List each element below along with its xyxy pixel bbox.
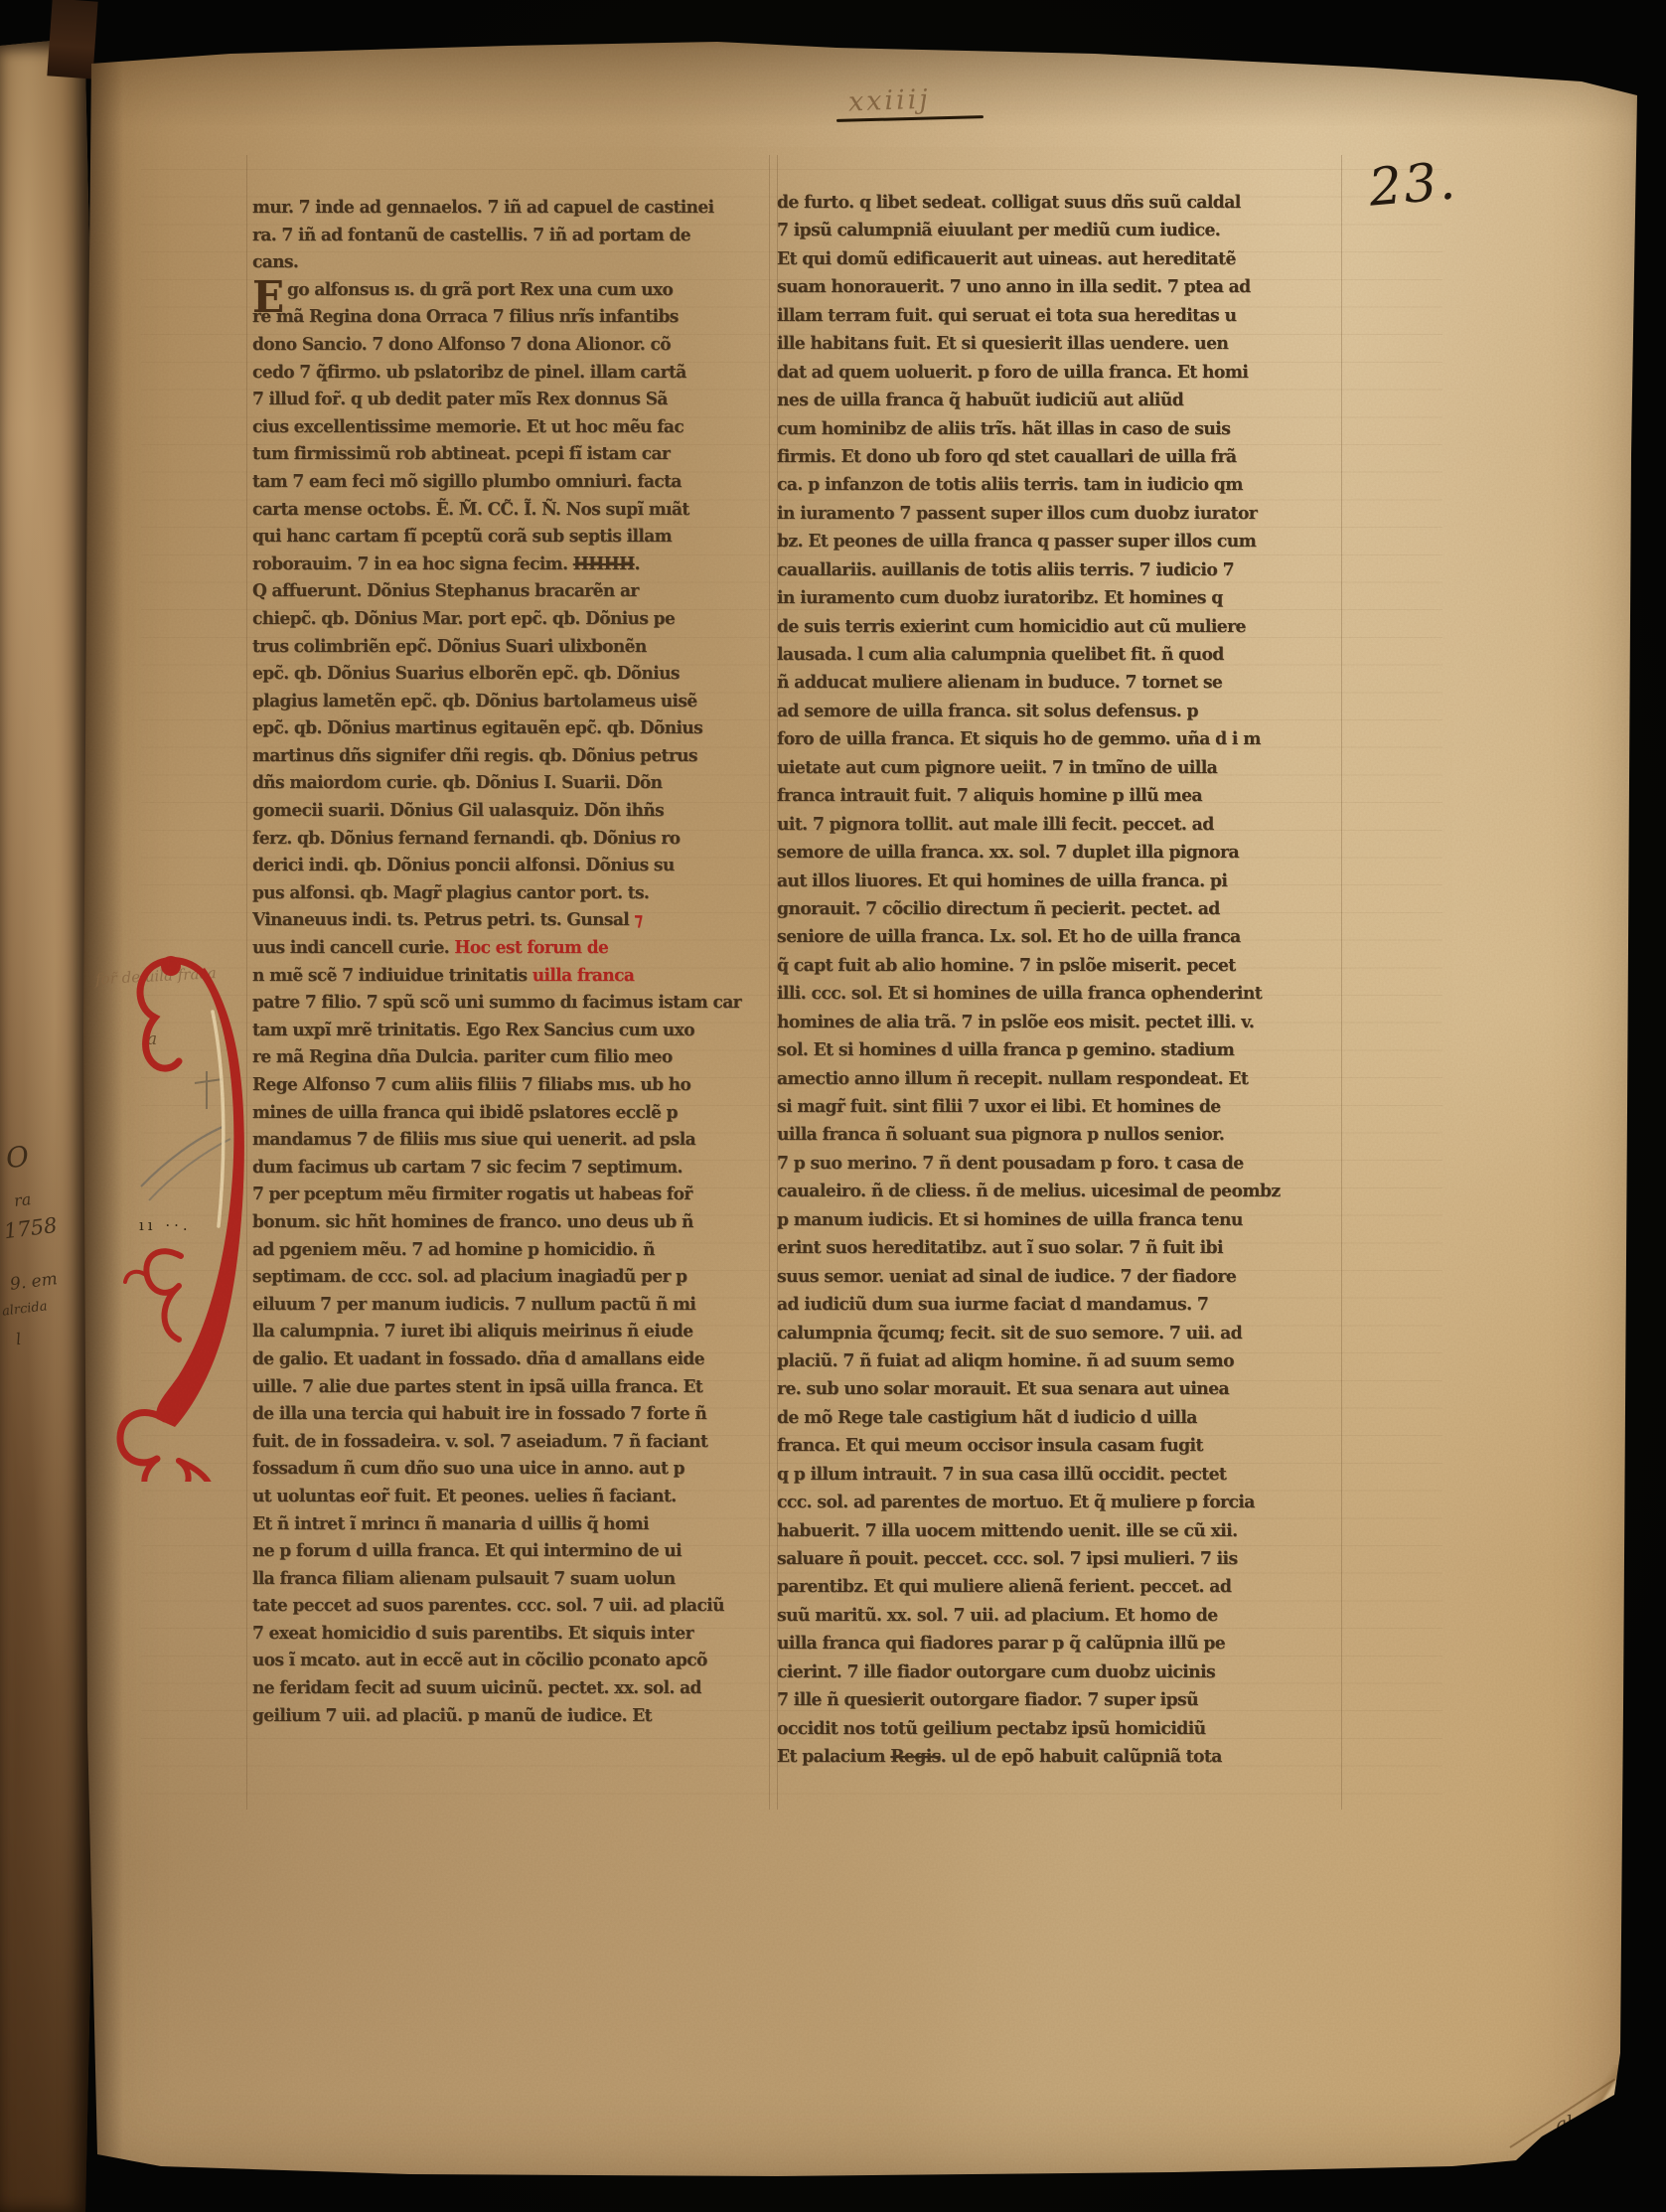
body-text: ad iudiciũ dum sua iurme faciat d mandam…	[777, 1295, 1208, 1316]
body-text: in iuramento cum duobz iuratoribz. Et ho…	[777, 588, 1223, 609]
text-line: gnorauit. 7 cõcilio directum ñ pecierit.…	[777, 894, 1345, 924]
text-line: Ego alfonsus ıs. dı grã port Rex una cum…	[252, 276, 779, 305]
body-text: in iuramento 7 passent super illos cum d…	[777, 503, 1257, 524]
body-text: tum firmissimũ rob abtineat. pcepi fı̃ i…	[252, 444, 670, 465]
text-line: franca intrauit fuit. 7 aliquis homine p…	[777, 782, 1345, 812]
text-line: mines de uilla franca qui ibidẽ pslatore…	[252, 1099, 779, 1128]
text-line: bz. Et peones de uilla franca q passer s…	[777, 528, 1345, 557]
text-line: patre 7 filio. 7 spũ scõ uni summo dı fa…	[252, 990, 779, 1019]
body-text: trus colimbriẽn epc̃. Dõnius Suari ulixb…	[252, 636, 647, 657]
body-text: HHHH	[573, 553, 635, 574]
text-line: bonum. sic hñt homines de franco. uno de…	[252, 1208, 779, 1237]
text-line: roborauim. 7 in ea hoc signa fecim. HHHH…	[252, 551, 779, 579]
body-text: Rege Alfonso 7 cum aliis filiis 7 filiab…	[252, 1075, 690, 1096]
text-line: ccc. sol. ad parentes de mortuo. Et q̃ m…	[777, 1489, 1345, 1518]
text-line: Vinaneuus indi. ts. Petrus petri. ts. Gu…	[252, 907, 779, 936]
text-line: suus semor. ueniat ad sinal de iudice. 7…	[777, 1262, 1345, 1292]
underlying-folio-edge: Ora17589. emalrcidal	[0, 40, 91, 2212]
body-text: fossadum ñ cum dño suo una uice in anno.…	[252, 1459, 684, 1480]
text-line: uilla franca qui fiadores parar p q̃ cal…	[777, 1630, 1345, 1659]
text-column-right: de furto. q libet sedeat. colligat suus …	[777, 189, 1345, 1794]
body-text: epc̃. qb. Dõnius martinus egitauẽn epc̃.…	[252, 718, 702, 739]
body-text: re mã Regina dña Dulcia. pariter cum fil…	[252, 1047, 673, 1068]
body-text: franca. Et qui meum occisor insula casam…	[777, 1436, 1203, 1457]
text-line: cans.	[252, 249, 779, 278]
body-text: pus alfonsi. qb. Magr̃ plagius cantor po…	[252, 882, 649, 903]
body-text: erint suos hereditatibz. aut ı̃ suo sola…	[777, 1238, 1223, 1259]
body-text: sol. Et si homines d uilla franca p gemi…	[777, 1040, 1234, 1061]
text-line: 7 ille ñ quesierit outorgare fiador. 7 s…	[777, 1686, 1345, 1716]
body-text: suus semor. ueniat ad sinal de iudice. 7…	[777, 1266, 1236, 1287]
binding-leather-tab	[47, 0, 97, 79]
body-text: ca. p infanzon de totis aliis terris. ta…	[777, 475, 1243, 496]
text-line: Q affuerunt. Dõnius Stephanus bracarẽn a…	[252, 578, 779, 607]
spine-annotation: 9. em	[9, 1269, 59, 1295]
spine-annotation: alrcida	[1, 1299, 48, 1319]
text-line: illam terram fuit. qui seruat ei tota su…	[777, 301, 1345, 331]
body-text: tate peccet ad suos parentes. ccc. sol. …	[252, 1596, 724, 1617]
struck-roman-numeral: xxiiij	[847, 84, 931, 118]
body-text: amectio anno illum ñ recepit. nullam res…	[777, 1068, 1248, 1089]
body-text: ñ adducat muliere alienam in buduce. 7 t…	[777, 673, 1222, 694]
text-line: de furto. q libet sedeat. colligat suus …	[777, 189, 1345, 218]
text-line: trus colimbriẽn epc̃. Dõnius Suari ulixb…	[252, 633, 779, 662]
text-line: dum facimus ub cartam 7 sic fecim 7 sept…	[252, 1154, 779, 1183]
body-text: epc̃. qb. Dõnius Suarius elborẽn epc̃. q…	[252, 664, 680, 685]
body-text: mandamus 7 de filiis mıs siue qui ueneri…	[252, 1130, 695, 1151]
body-text: bz. Et peones de uilla franca q passer s…	[777, 532, 1256, 553]
text-line: chiepc̃. qb. Dõnius Mar. port epc̃. qb. …	[252, 605, 779, 634]
text-line: Et palacium Regis. ul de epõ habuit calũ…	[777, 1742, 1345, 1772]
text-line: homines de alia trã. 7 in pslõe eos misi…	[777, 1008, 1345, 1037]
body-text: roborauim. 7 in ea hoc signa fecim.	[252, 553, 573, 574]
body-text: Vinaneuus indi. ts. Petrus petri. ts. Gu…	[252, 910, 634, 931]
text-line: 7 p suo merino. 7 ñ dent pousadam p foro…	[777, 1149, 1345, 1179]
manuscript-photo: { "page": { "folio_number": "23.", "stru…	[0, 0, 1666, 2212]
text-line: de suis terris exierint cum homicidio au…	[777, 612, 1345, 642]
text-line: si magr̃ fuit. sint filii 7 uxor ei libi…	[777, 1092, 1345, 1122]
body-text: dum facimus ub cartam 7 sic fecim 7 sept…	[252, 1157, 682, 1178]
text-line: 7 per pceptum mẽu firmiter rogatis ut ha…	[252, 1182, 779, 1210]
text-line: ut uoluntas eor̃ fuit. Et peones. uelies…	[252, 1483, 779, 1511]
text-line: cedo 7 q̃firmo. ub pslatoribz de pinel. …	[252, 359, 779, 388]
text-line: 7 illud for̃. q ub dedit pater mı̃s Rex …	[252, 387, 779, 415]
text-line: ferz. qb. Dõnius fernand fernandi. qb. D…	[252, 825, 779, 854]
decorated-initial-J	[107, 940, 276, 1482]
body-text: cauallariis. auillanis de totis aliis te…	[777, 559, 1234, 580]
parchment-page: xxiiij 23. for̃ de uila frãca a ıı ··. m…	[81, 38, 1641, 2182]
text-line: dono Sancio. 7 dono Alfonso 7 dona Alion…	[252, 331, 779, 360]
text-line: re mã Regina dona Orraca 7 filius nrĩs i…	[252, 304, 779, 333]
text-line: dñs maiordom curie. qb. Dõnius I. Suarii…	[252, 770, 779, 799]
text-line: parentibz. Et qui muliere alienã ferient…	[777, 1573, 1345, 1603]
body-text: de galio. Et uadant in fossado. dña d am…	[252, 1349, 704, 1370]
text-line: lausada. l cum alia calumpnia quelibet f…	[777, 640, 1345, 670]
body-text: placiũ. 7 ñ fuiat ad aliqm homine. ñ ad …	[777, 1351, 1234, 1372]
text-line: q p illum intrauit. 7 in sua casa illũ o…	[777, 1460, 1345, 1490]
text-line: ne p forum d uilla franca. Et qui interm…	[252, 1538, 779, 1567]
body-text: derici indi. qb. Dõnius poncii alfonsi. …	[252, 856, 675, 876]
text-line: martinus dñs signifer dñi regis. qb. Dõn…	[252, 742, 779, 771]
initial-stem	[156, 968, 244, 1427]
body-text: q̃ capt fuit ab alio homine. 7 in pslõe …	[777, 955, 1236, 976]
text-line: plagius lametẽn epc̃. qb. Dõnius bartola…	[252, 688, 779, 716]
body-text: q p illum intrauit. 7 in sua casa illũ o…	[777, 1464, 1226, 1485]
text-line: ille habitans fuit. Et si quesierit illa…	[777, 330, 1345, 360]
body-text: lausada. l cum alia calumpnia quelibet f…	[777, 645, 1224, 666]
text-line: tate peccet ad suos parentes. ccc. sol. …	[252, 1593, 779, 1622]
text-line: Et ñ intret ı̃ mrincı ñ manaria d uillis…	[252, 1510, 779, 1539]
text-line: uilla franca ñ soluant sua pignora p nul…	[777, 1121, 1345, 1151]
text-line: tum firmissimũ rob abtineat. pcepi fı̃ i…	[252, 441, 779, 470]
body-text: go alfonsus ıs. dı grã port Rex una cum …	[287, 279, 673, 300]
body-text: ne feridam fecit ad suum uicinũ. pectet.…	[252, 1678, 701, 1699]
text-line: tam 7 eam feci mõ sigillo plumbo omniuri…	[252, 468, 779, 497]
text-line: cum hominibz de aliis trĩs. hãt illas in…	[777, 414, 1345, 444]
body-text: suũ maritũ. xx. sol. 7 uii. ad placium. …	[777, 1605, 1218, 1626]
body-text: occidit nos totũ geilium pectabz ipsũ ho…	[777, 1718, 1206, 1739]
text-line: fuit. de in fossadeira. v. sol. 7 aseiad…	[252, 1428, 779, 1457]
text-line: ñ adducat muliere alienam in buduce. 7 t…	[777, 669, 1345, 699]
body-text: ad semore de uilla franca. sit solus def…	[777, 701, 1198, 721]
body-text: carta mense octobs. Ẽ. M̃. CC̃. Ĩ. Ñ. No…	[252, 499, 689, 520]
text-line: de mõ Rege tale castigium hãt d iudicio …	[777, 1403, 1345, 1433]
text-line: suam honorauerit. 7 uno anno in illa sed…	[777, 273, 1345, 303]
body-text: septimam. de ccc. sol. ad placium inagia…	[252, 1267, 686, 1288]
text-column-left: mur. 7 inde ad gennaelos. 7 iñ ad capuel…	[252, 195, 779, 1755]
body-text: lla franca filiam alienam pulsauit 7 sua…	[252, 1568, 676, 1589]
body-text: aut illos liuores. Et qui homines de uil…	[777, 870, 1227, 891]
body-text: .	[635, 553, 640, 574]
body-text: uit. 7 pignora tollit. aut male illi fec…	[777, 814, 1214, 835]
body-text: si magr̃ fuit. sint filii 7 uxor ei libi…	[777, 1097, 1221, 1118]
text-line: carta mense octobs. Ẽ. M̃. CC̃. Ĩ. Ñ. No…	[252, 496, 779, 525]
text-line: aut illos liuores. Et qui homines de uil…	[777, 867, 1345, 896]
body-text: foro de uilla franca. Et siquis ho de ge…	[777, 729, 1261, 750]
body-text: re. sub uno solar morauit. Et sua senara…	[777, 1379, 1229, 1400]
text-line: mur. 7 inde ad gennaelos. 7 iñ ad capuel…	[252, 195, 779, 223]
body-text: 7 illud for̃. q ub dedit pater mı̃s Rex …	[252, 390, 668, 410]
spine-annotation: ra	[13, 1189, 32, 1210]
body-text: parentibz. Et qui muliere alienã ferient…	[777, 1577, 1231, 1598]
text-line: 7 exeat homicidio d suis parentibs. Et s…	[252, 1620, 779, 1649]
body-text: ccc. sol. ad parentes de mortuo. Et q̃ m…	[777, 1493, 1255, 1513]
spine-annotation: l	[15, 1330, 22, 1348]
body-text: cius excellentissime memorie. Et ut hoc …	[252, 416, 683, 437]
text-line: uos ı̃ mcato. aut in eccẽ aut in cõcilio…	[252, 1648, 779, 1676]
body-text: mines de uilla franca qui ibidẽ pslatore…	[252, 1102, 678, 1123]
body-text: nes de uilla franca q̃ habuũt iudiciũ au…	[777, 391, 1183, 411]
text-line: re. sub uno solar morauit. Et sua senara…	[777, 1375, 1345, 1405]
body-text: re mã Regina dona Orraca 7 filius nrĩs i…	[252, 307, 679, 328]
body-text: ut uoluntas eor̃ fuit. Et peones. uelies…	[252, 1486, 677, 1506]
text-line: illi. ccc. sol. Et si homines de uilla f…	[777, 980, 1345, 1010]
body-text: firmis. Et dono ub foro qd stet cauallar…	[777, 447, 1236, 468]
text-line: epc̃. qb. Dõnius Suarius elborẽn epc̃. q…	[252, 661, 779, 690]
text-line: caualeiro. ñ de cliess. ñ de melius. uic…	[777, 1178, 1345, 1207]
text-line: ra. 7 iñ ad fontanũ de castellis. 7 iñ a…	[252, 222, 779, 250]
rubric-text: ⁊	[634, 910, 642, 931]
body-text: 7 ille ñ quesierit outorgare fiador. 7 s…	[777, 1690, 1198, 1711]
body-text: caualeiro. ñ de cliess. ñ de melius. uic…	[777, 1182, 1281, 1202]
text-line: ad pgeniem mẽu. 7 ad homine p homicidio.…	[252, 1236, 779, 1265]
text-line: in iuramento cum duobz iuratoribz. Et ho…	[777, 584, 1345, 614]
body-text: patre 7 filio. 7 spũ scõ uni summo dı fa…	[252, 993, 741, 1014]
body-text: de mõ Rege tale castigium hãt d iudicio …	[777, 1407, 1197, 1428]
body-text: eiluum 7 per manum iudicis. 7 nullum pac…	[252, 1294, 695, 1315]
body-text: franca intrauit fuit. 7 aliquis homine p…	[777, 786, 1202, 807]
text-line: sol. Et si homines d uilla franca p gemi…	[777, 1036, 1345, 1066]
body-text: martinus dñs signifer dñi regis. qb. Dõn…	[252, 745, 697, 766]
text-line: calumpnia q̃cumq; fecit. sit de suo semo…	[777, 1319, 1345, 1348]
text-line: Rege Alfonso 7 cum aliis filiis 7 filiab…	[252, 1071, 779, 1100]
text-line: epc̃. qb. Dõnius martinus egitauẽn epc̃.…	[252, 715, 779, 744]
text-line: de galio. Et uadant in fossado. dña d am…	[252, 1345, 779, 1374]
text-line: semore de uilla franca. xx. sol. 7 duple…	[777, 838, 1345, 868]
body-text: dñs maiordom curie. qb. Dõnius I. Suarii…	[252, 773, 662, 794]
body-text: ra. 7 iñ ad fontanũ de castellis. 7 iñ a…	[252, 225, 690, 245]
text-line: uus indi cancell curie. Hoc est forum de	[252, 934, 779, 963]
body-text: gnorauit. 7 cõcilio directum ñ pecierit.…	[777, 899, 1220, 920]
text-line: geilium 7 uii. ad placiũ. p manũ de iudi…	[252, 1702, 779, 1731]
body-text: illi. ccc. sol. Et si homines de uilla f…	[777, 984, 1262, 1005]
body-text: dono Sancio. 7 dono Alfonso 7 dona Alion…	[252, 335, 671, 356]
text-line: ca. p infanzon de totis aliis terris. ta…	[777, 471, 1345, 501]
body-text: uus indi cancell curie.	[252, 938, 454, 959]
text-line: ad semore de uilla franca. sit solus def…	[777, 697, 1345, 726]
text-line: foro de uilla franca. Et siquis ho de ge…	[777, 725, 1345, 755]
rubric-text: Hoc est forum de	[454, 938, 608, 959]
body-text: habuerit. 7 illa uocem mittendo uenit. i…	[777, 1520, 1238, 1541]
text-line: fossadum ñ cum dño suo una uice in anno.…	[252, 1456, 779, 1485]
body-text: cierint. 7 ille fiador outorgare cum duo…	[777, 1661, 1215, 1682]
body-text: Et ñ intret ı̃ mrincı ñ manaria d uillis…	[252, 1513, 649, 1534]
body-text: uilla franca qui fiadores parar p q̃ cal…	[777, 1634, 1225, 1655]
body-text: qui hanc cartam fı̃ pceptũ corã sub sept…	[252, 527, 672, 548]
text-line: occidit nos totũ geilium pectabz ipsũ ho…	[777, 1714, 1345, 1744]
body-text: seniore de uilla franca. Lx. sol. Et ho …	[777, 927, 1241, 948]
text-line: eiluum 7 per manum iudicis. 7 nullum pac…	[252, 1291, 779, 1320]
text-line: amectio anno illum ñ recepit. nullam res…	[777, 1064, 1345, 1094]
text-line: cauallariis. auillanis de totis aliis te…	[777, 555, 1345, 585]
text-line: nes de uilla franca q̃ habuũt iudiciũ au…	[777, 386, 1345, 415]
body-text: Et palacium	[777, 1747, 890, 1768]
body-text: geilium 7 uii. ad placiũ. p manũ de iudi…	[252, 1705, 652, 1726]
body-text: suam honorauerit. 7 uno anno in illa sed…	[777, 277, 1251, 298]
body-text: cedo 7 q̃firmo. ub pslatoribz de pinel. …	[252, 362, 686, 383]
body-text: Regis	[890, 1747, 940, 1768]
text-line: saluare ñ pouit. peccet. ccc. sol. 7 ips…	[777, 1544, 1345, 1574]
text-line: ne feridam fecit ad suum uicinũ. pectet.…	[252, 1675, 779, 1704]
text-line: de illa una tercia qui habuit ire in fos…	[252, 1401, 779, 1430]
text-line: qui hanc cartam fı̃ pceptũ corã sub sept…	[252, 524, 779, 553]
text-line: uille. 7 alie due partes stent in ipsã u…	[252, 1373, 779, 1402]
body-text: saluare ñ pouit. peccet. ccc. sol. 7 ips…	[777, 1549, 1238, 1570]
text-line: cierint. 7 ille fiador outorgare cum duo…	[777, 1658, 1345, 1687]
body-text: cans.	[252, 252, 298, 273]
text-line: habuerit. 7 illa uocem mittendo uenit. i…	[777, 1516, 1345, 1546]
body-text: bonum. sic hñt homines de franco. uno de…	[252, 1212, 693, 1233]
text-line: placiũ. 7 ñ fuiat ad aliqm homine. ñ ad …	[777, 1346, 1345, 1376]
body-text: p manum iudicis. Et si homines de uilla …	[777, 1209, 1243, 1230]
body-text: ille habitans fuit. Et si quesierit illa…	[777, 334, 1228, 355]
text-line: dat ad quem uoluerit. p foro de uilla fr…	[777, 358, 1345, 388]
text-line: septimam. de ccc. sol. ad placium inagia…	[252, 1264, 779, 1293]
text-line: lla franca filiam alienam pulsauit 7 sua…	[252, 1565, 779, 1594]
body-text: ad pgeniem mẽu. 7 ad homine p homicidio.…	[252, 1239, 655, 1260]
body-text: mur. 7 inde ad gennaelos. 7 iñ ad capuel…	[252, 198, 713, 219]
body-text: de illa una tercia qui habuit ire in fos…	[252, 1404, 706, 1425]
body-text: uille. 7 alie due partes stent in ipsã u…	[252, 1376, 702, 1397]
folio-number: 23.	[1367, 151, 1460, 219]
text-line: p manum iudicis. Et si homines de uilla …	[777, 1205, 1345, 1235]
text-line: derici indi. qb. Dõnius poncii alfonsi. …	[252, 853, 779, 881]
body-text: ferz. qb. Dõnius fernand fernandi. qb. D…	[252, 828, 680, 849]
text-line: lla calumpnia. 7 iuret ibi aliquis meiri…	[252, 1319, 779, 1347]
body-text: tam 7 eam feci mõ sigillo plumbo omniuri…	[252, 472, 682, 493]
spine-annotation: 1758	[3, 1213, 59, 1243]
text-line: pus alfonsi. qb. Magr̃ plagius cantor po…	[252, 879, 779, 908]
text-line: seniore de uilla franca. Lx. sol. Et ho …	[777, 923, 1345, 953]
body-text: calumpnia q̃cumq; fecit. sit de suo semo…	[777, 1323, 1242, 1343]
body-text: 7 exeat homicidio d suis parentibs. Et s…	[252, 1623, 693, 1644]
body-text: 7 per pceptum mẽu firmiter rogatis ut ha…	[252, 1185, 692, 1205]
text-line: cius excellentissime memorie. Et ut hoc …	[252, 413, 779, 442]
body-text: de suis terris exierint cum homicidio au…	[777, 616, 1246, 637]
text-line: uietate aut cum pignore ueiit. 7 in tmĩn…	[777, 753, 1345, 783]
text-line: ad iudiciũ dum sua iurme faciat d mandam…	[777, 1290, 1345, 1320]
body-text: uilla franca ñ soluant sua pignora p nul…	[777, 1125, 1224, 1146]
body-text: uos ı̃ mcato. aut in eccẽ aut in cõcilio…	[252, 1651, 707, 1671]
body-text: de furto. q libet sedeat. colligat suus …	[777, 193, 1241, 214]
text-line: firmis. Et dono ub foro qd stet cauallar…	[777, 442, 1345, 472]
body-text: uietate aut cum pignore ueiit. 7 in tmĩn…	[777, 757, 1217, 778]
body-text: tam uxpı̃ mrẽ trinitatis. Ego Rex Sanciu…	[252, 1020, 694, 1040]
body-text: gomecii suarii. Dõnius Gil ualasquiz. Dõ…	[252, 801, 664, 822]
body-text: . ul de epõ habuit calũpniã tota	[941, 1747, 1222, 1768]
text-line: erint suos hereditatibz. aut ı̃ suo sola…	[777, 1234, 1345, 1264]
body-text: n mıẽ scẽ 7 indiuidue trinitatis	[252, 965, 532, 986]
body-text: fuit. de in fossadeira. v. sol. 7 aseiad…	[252, 1431, 707, 1452]
text-line: franca. Et qui meum occisor insula casam…	[777, 1432, 1345, 1462]
text-line: Et qui domũ edificauerit aut uineas. aut…	[777, 244, 1345, 274]
body-text: illam terram fuit. qui seruat ei tota su…	[777, 305, 1236, 326]
body-text: Et qui domũ edificauerit aut uineas. aut…	[777, 248, 1236, 269]
body-text: dat ad quem uoluerit. p foro de uilla fr…	[777, 362, 1248, 383]
text-line: uit. 7 pignora tollit. aut male illi fec…	[777, 810, 1345, 840]
text-line: in iuramento 7 passent super illos cum d…	[777, 499, 1345, 529]
body-text: ne p forum d uilla franca. Et qui interm…	[252, 1541, 682, 1562]
text-line: 7 ipsũ calumpniã eiuulant per mediũ cum …	[777, 217, 1345, 246]
body-text: chiepc̃. qb. Dõnius Mar. port epc̃. qb. …	[252, 608, 675, 629]
text-line: tam uxpı̃ mrẽ trinitatis. Ego Rex Sanciu…	[252, 1017, 779, 1045]
text-line: n mıẽ scẽ 7 indiuidue trinitatis uilla f…	[252, 962, 779, 991]
body-text: cum hominibz de aliis trĩs. hãt illas in…	[777, 418, 1230, 439]
text-line: re mã Regina dña Dulcia. pariter cum fil…	[252, 1044, 779, 1073]
body-text: 7 p suo merino. 7 ñ dent pousadam p foro…	[777, 1153, 1244, 1174]
text-line: mandamus 7 de filiis mıs siue qui ueneri…	[252, 1127, 779, 1156]
rubric-text: uilla franca	[532, 965, 634, 986]
text-line: suũ maritũ. xx. sol. 7 uii. ad placium. …	[777, 1601, 1345, 1631]
body-text: Q affuerunt. Dõnius Stephanus bracarẽn a…	[252, 581, 639, 602]
body-text: homines de alia trã. 7 in pslõe eos misi…	[777, 1012, 1254, 1032]
body-text: lla calumpnia. 7 iuret ibi aliquis meiri…	[252, 1322, 692, 1343]
body-text: plagius lametẽn epc̃. qb. Dõnius bartola…	[252, 691, 697, 711]
body-text: semore de uilla franca. xx. sol. 7 duple…	[777, 843, 1239, 864]
body-text: 7 ipsũ calumpniã eiuulant per mediũ cum …	[777, 221, 1220, 241]
spine-annotation: O	[4, 1140, 31, 1176]
text-line: gomecii suarii. Dõnius Gil ualasquiz. Dõ…	[252, 798, 779, 827]
text-line: q̃ capt fuit ab alio homine. 7 in pslõe …	[777, 951, 1345, 981]
